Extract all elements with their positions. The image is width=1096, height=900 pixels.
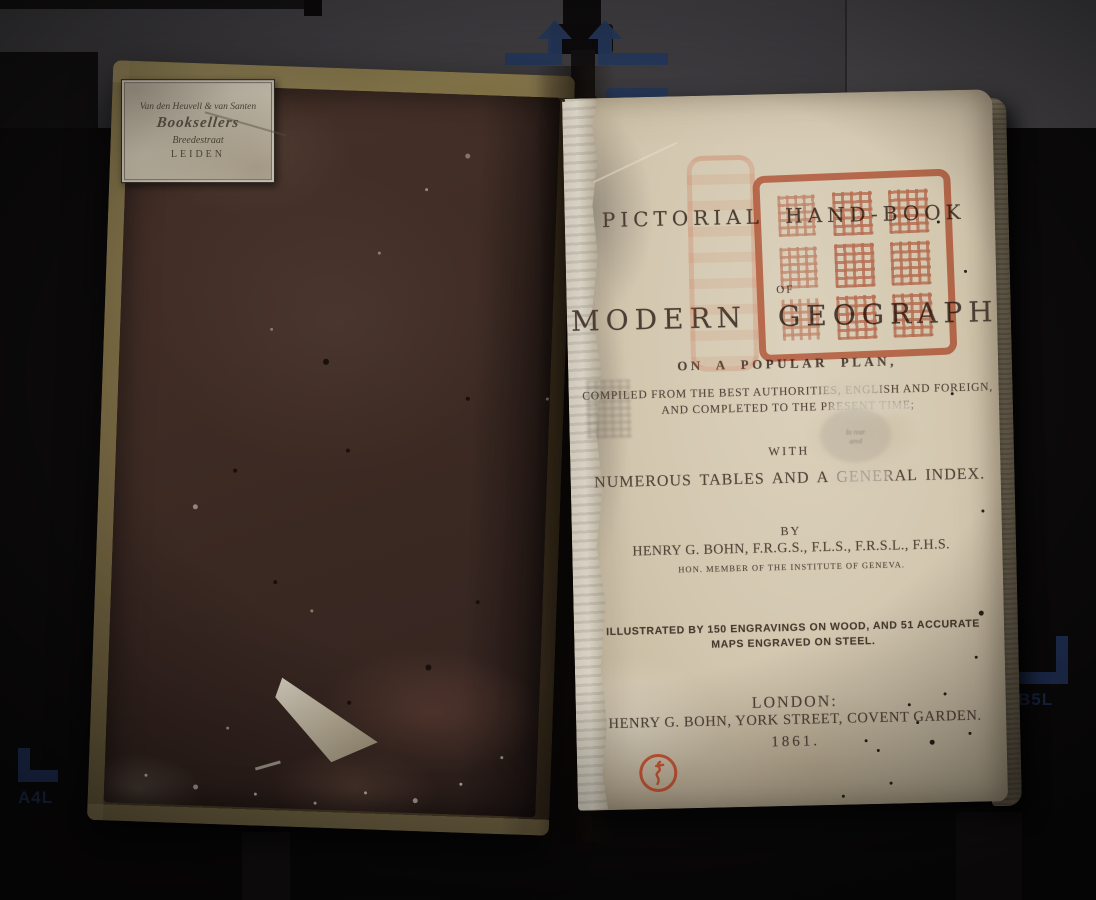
cradle-shadow-area bbox=[0, 52, 98, 128]
paper-stain bbox=[820, 380, 882, 399]
ghost-note-line-2: ared bbox=[818, 437, 894, 448]
seal-character bbox=[834, 243, 876, 289]
cradle-lower-post-right bbox=[956, 812, 1022, 900]
b5l-bracket-icon bbox=[1014, 672, 1068, 684]
size-mark-a4l: A4L bbox=[18, 788, 53, 808]
seal-character bbox=[781, 298, 820, 341]
bookseller-name: Van den Heuvell & van Santen bbox=[122, 102, 274, 112]
seal-character bbox=[777, 194, 816, 237]
size-mark-b5l: B5L bbox=[1018, 690, 1053, 710]
cradle-seam bbox=[0, 0, 308, 9]
seal-character bbox=[892, 292, 934, 338]
bookseller-label: Van den Heuvell & van Santen Booksellers… bbox=[121, 79, 275, 183]
with-line: WITH bbox=[574, 439, 1004, 464]
seal-character bbox=[890, 240, 932, 286]
seal-character bbox=[888, 188, 930, 234]
faded-stamp-outline bbox=[686, 155, 759, 372]
cover-pastedown bbox=[103, 83, 560, 818]
title-page: PICTORIAL HAND-BOOK OF MODERN GEOGRAPHY,… bbox=[562, 89, 1008, 811]
alignment-arrow-left-icon bbox=[505, 20, 572, 65]
seal-character bbox=[836, 295, 878, 341]
book-scan-photo: B5L A4L Van den Heuvell & van Santen Boo… bbox=[0, 0, 1096, 900]
alignment-arrow-right-icon bbox=[588, 20, 668, 65]
worm-holes bbox=[562, 99, 565, 102]
round-stamp bbox=[639, 754, 678, 793]
bookseller-city: LEIDEN bbox=[122, 149, 274, 160]
cradle-lower-post-left bbox=[242, 832, 290, 900]
seal-character bbox=[832, 191, 874, 237]
bookseller-street: Breedestraat bbox=[122, 135, 274, 146]
a4l-bracket-icon bbox=[18, 770, 58, 782]
page-crease bbox=[593, 142, 677, 183]
cradle-notch bbox=[304, 0, 322, 16]
tables-line: NUMEROUS TABLES AND A GENERAL INDEX. bbox=[575, 465, 1005, 493]
seal-character bbox=[779, 246, 818, 289]
book-front-cover: Van den Heuvell & van Santen Booksellers… bbox=[87, 60, 575, 836]
imprint-year: 1861. bbox=[580, 729, 1008, 756]
scratch-mark bbox=[255, 760, 281, 770]
round-stamp-glyph-icon bbox=[642, 757, 675, 790]
library-seal-stamp: 靜岡縣立葵文庫 bbox=[752, 168, 957, 362]
library-seal-reading: 靜岡縣立葵文庫 bbox=[759, 183, 760, 184]
scuff-mark bbox=[273, 670, 380, 764]
